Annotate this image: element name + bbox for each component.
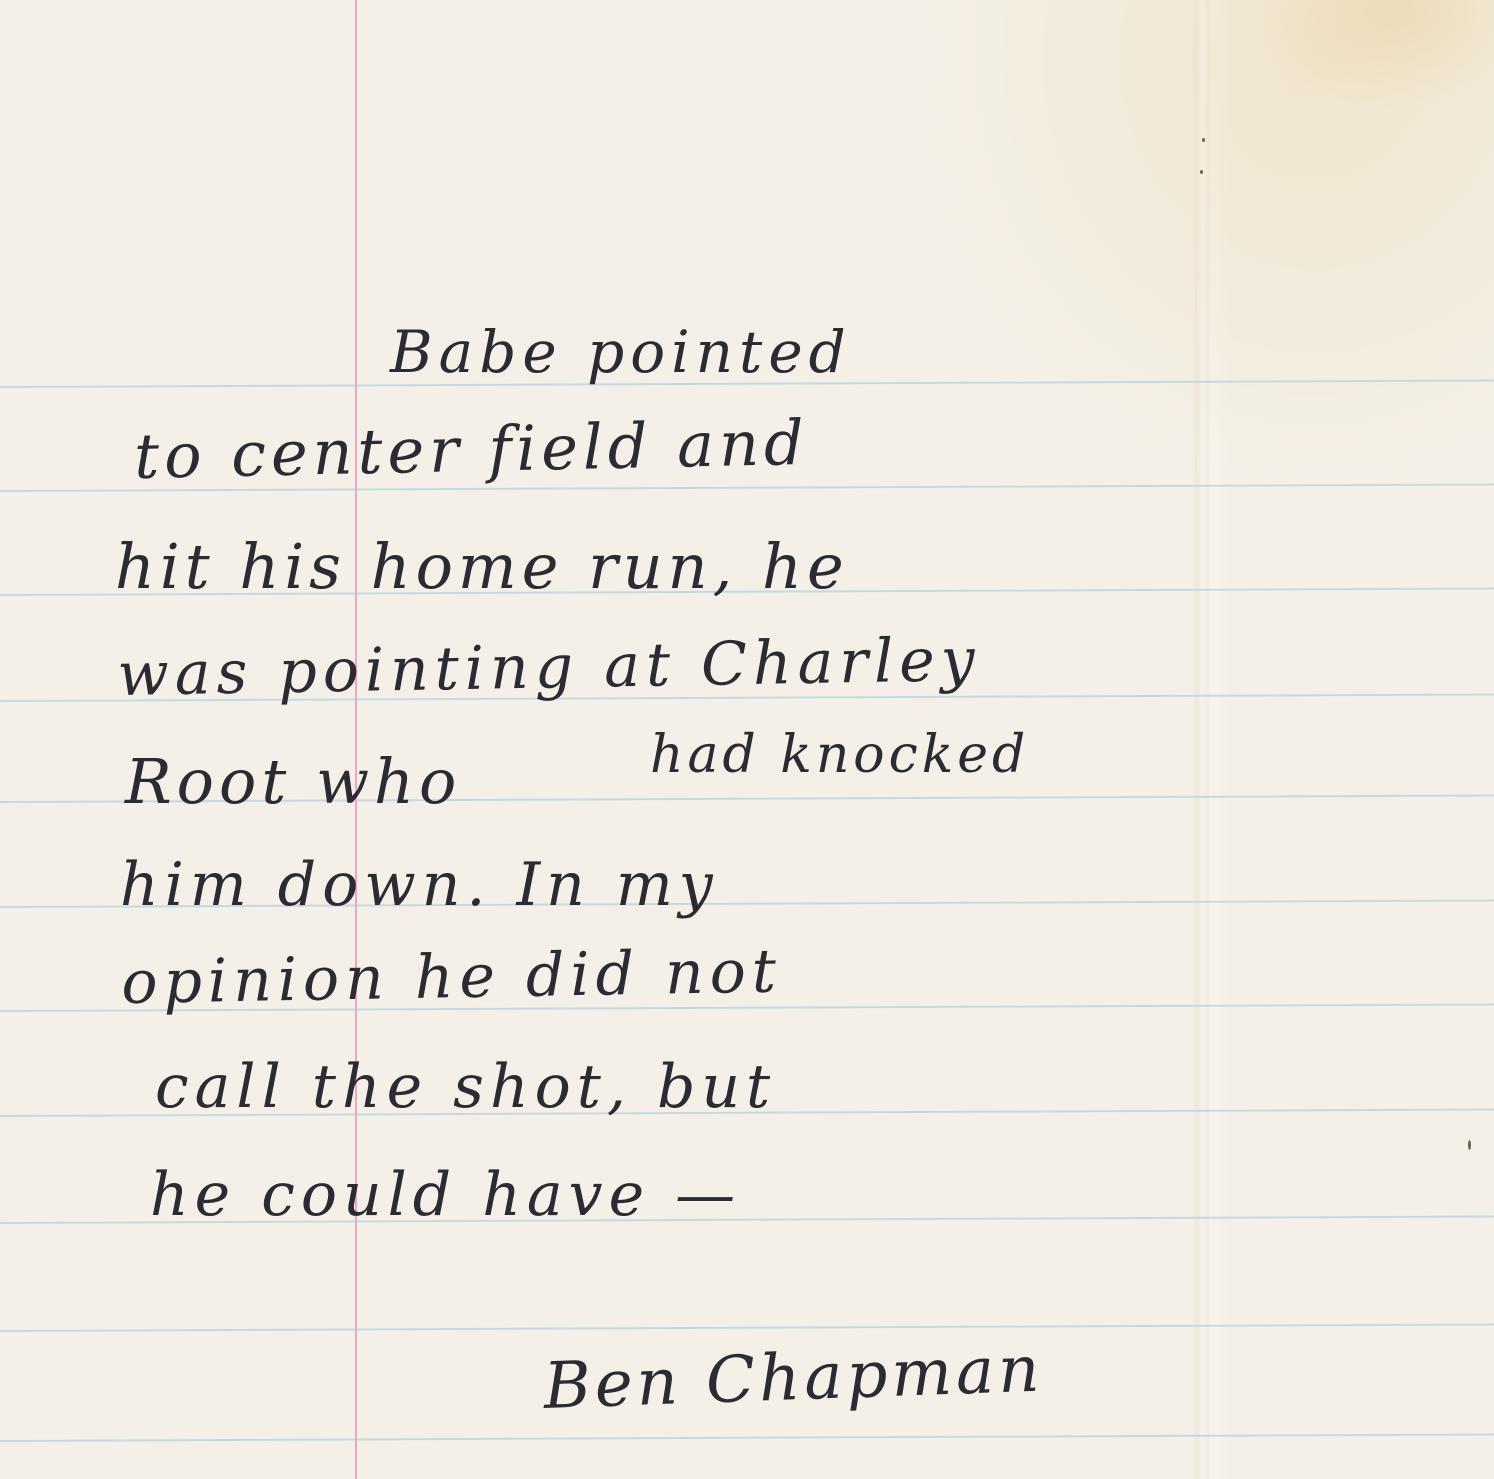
handwritten-line-2: to center field and [133,406,809,493]
handwritten-line-9: he could have — [150,1160,741,1230]
margin-line [355,0,357,1479]
handwritten-line-7: opinion he did not [121,936,783,1018]
signature: Ben Chapman [542,1333,1044,1424]
handwritten-line-5-insert: had knocked [650,725,1029,785]
ink-speck [1468,1140,1471,1150]
handwritten-line-5: Root who [125,745,461,818]
ruled-line [0,1323,1494,1332]
paper-stain [1250,0,1494,110]
ruled-paper-sheet: Babe pointed to center field and hit his… [0,0,1494,1479]
paper-fold-crease [1195,0,1209,1479]
handwritten-line-1: Babe pointed [390,318,852,386]
ruled-line [0,1433,1494,1442]
handwritten-line-6: him down. In my [120,850,719,920]
handwritten-line-3: hit his home run, he [115,530,849,603]
handwritten-line-8: call the shot, but [155,1052,776,1122]
ink-speck [1202,138,1205,142]
ink-speck [1200,170,1203,174]
